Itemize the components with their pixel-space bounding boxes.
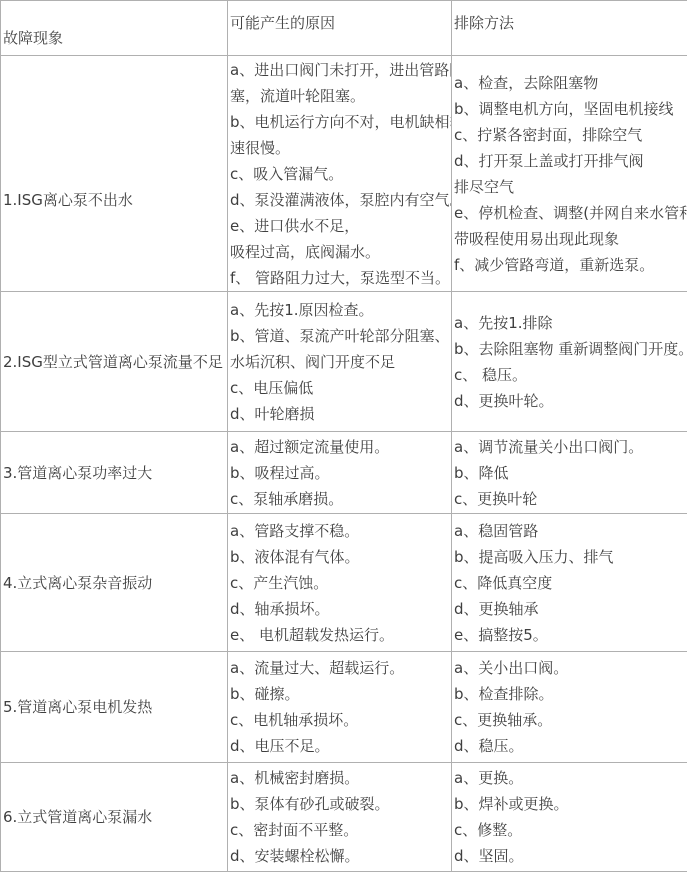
cause-line: c、电机轴承损坏。: [230, 707, 449, 733]
remedy-line: d、稳压。: [454, 733, 685, 759]
cause-line: d、叶轮磨损: [230, 401, 449, 427]
table-row: 5.管道离心泵电机发热a、流量过大、超载运行。b、碰擦。c、电机轴承损坏。d、电…: [1, 652, 687, 763]
fault-label: 5.管道离心泵电机发热: [3, 694, 225, 720]
fault-cell: 1.ISG离心泵不出水: [1, 56, 228, 292]
header-remedy: 排除方法: [452, 1, 687, 56]
remedy-line: e、停机检查、调整(并网自来水管和: [454, 200, 685, 226]
table-row: 1.ISG离心泵不出水a、进出口阀门未打开，进出管路阻塞，流道叶轮阻塞。b、电机…: [1, 56, 687, 292]
remedy-cell: a、先按1.排除b、去除阻塞物 重新调整阀门开度。c、 稳压。d、更换叶轮。: [452, 292, 687, 432]
remedy-line: b、提高吸入压力、排气: [454, 544, 685, 570]
table-row: 6.立式管道离心泵漏水a、机械密封磨损。b、泵体有砂孔或破裂。c、密封面不平整。…: [1, 763, 687, 872]
remedy-line: d、更换轴承: [454, 596, 685, 622]
fault-label: 3.管道离心泵功率过大: [3, 460, 225, 486]
cause-cell: a、机械密封磨损。b、泵体有砂孔或破裂。c、密封面不平整。d、安装螺栓松懈。: [228, 763, 452, 872]
cause-line: a、管路支撑不稳。: [230, 518, 449, 544]
cause-line: c、电压偏低: [230, 375, 449, 401]
remedy-line: b、检查排除。: [454, 681, 685, 707]
cause-line: e、进口供水不足，: [230, 213, 449, 239]
cause-cell: a、流量过大、超载运行。b、碰擦。c、电机轴承损坏。d、电压不足。: [228, 652, 452, 763]
remedy-line: a、关小出口阀。: [454, 655, 685, 681]
cause-line: c、产生汽蚀。: [230, 570, 449, 596]
cause-line: b、管道、泵流产叶轮部分阻塞、: [230, 323, 449, 349]
fault-cell: 5.管道离心泵电机发热: [1, 652, 228, 763]
table-row: 4.立式离心泵杂音振动a、管路支撑不稳。b、液体混有气体。c、产生汽蚀。d、轴承…: [1, 514, 687, 652]
cause-line: a、进出口阀门未打开，进出管路阻: [230, 57, 449, 83]
header-cause: 可能产生的原因: [228, 1, 452, 56]
table-header: 故障现象 可能产生的原因 排除方法: [1, 1, 687, 56]
remedy-line: b、去除阻塞物 重新调整阀门开度。: [454, 336, 685, 362]
remedy-line: b、调整电机方向，坚固电机接线: [454, 96, 685, 122]
cause-line: 水垢沉积、阀门开度不足: [230, 349, 449, 375]
remedy-line: f、减少管路弯道，重新选泵。: [454, 252, 685, 278]
cause-line: 吸程过高，底阀漏水。: [230, 239, 449, 265]
cause-line: c、吸入管漏气。: [230, 161, 449, 187]
cause-line: b、碰擦。: [230, 681, 449, 707]
cause-line: d、电压不足。: [230, 733, 449, 759]
remedy-line: c、修整。: [454, 817, 685, 843]
remedy-line: a、检查，去除阻塞物: [454, 70, 685, 96]
remedy-line: a、稳固管路: [454, 518, 685, 544]
cause-line: d、轴承损坏。: [230, 596, 449, 622]
remedy-line: d、坚固。: [454, 843, 685, 869]
header-row: 故障现象 可能产生的原因 排除方法: [1, 1, 687, 56]
remedy-line: 排尽空气: [454, 174, 685, 200]
fault-table: 故障现象 可能产生的原因 排除方法 1.ISG离心泵不出水a、进出口阀门未打开，…: [0, 0, 687, 872]
remedy-line: c、降低真空度: [454, 570, 685, 596]
remedy-line: c、更换叶轮: [454, 486, 685, 512]
cause-line: a、超过额定流量使用。: [230, 434, 449, 460]
cause-cell: a、超过额定流量使用。b、吸程过高。c、泵轴承磨损。: [228, 432, 452, 514]
cause-line: b、液体混有气体。: [230, 544, 449, 570]
cause-cell: a、管路支撑不稳。b、液体混有气体。c、产生汽蚀。d、轴承损坏。e、 电机超载发…: [228, 514, 452, 652]
cause-line: f、 管路阻力过大，泵选型不当。: [230, 265, 449, 291]
pump-troubleshooting-document: 故障现象 可能产生的原因 排除方法 1.ISG离心泵不出水a、进出口阀门未打开，…: [0, 0, 687, 872]
remedy-line: a、调节流量关小出口阀门。: [454, 434, 685, 460]
cause-line: a、机械密封磨损。: [230, 765, 449, 791]
cause-line: c、密封面不平整。: [230, 817, 449, 843]
remedy-line: a、先按1.排除: [454, 310, 685, 336]
cause-line: b、电机运行方向不对，电机缺相转: [230, 109, 449, 135]
table-row: 2.ISG型立式管道离心泵流量不足a、先按1.原因检查。b、管道、泵流产叶轮部分…: [1, 292, 687, 432]
fault-cell: 3.管道离心泵功率过大: [1, 432, 228, 514]
cause-line: d、泵没灌满液体，泵腔内有空气。: [230, 187, 449, 213]
remedy-cell: a、稳固管路b、提高吸入压力、排气c、降低真空度d、更换轴承e、搞整按5。: [452, 514, 687, 652]
fault-label: 1.ISG离心泵不出水: [3, 187, 225, 213]
fault-cell: 4.立式离心泵杂音振动: [1, 514, 228, 652]
header-fault: 故障现象: [1, 1, 228, 56]
fault-label: 4.立式离心泵杂音振动: [3, 570, 225, 596]
remedy-line: d、打开泵上盖或打开排气阀: [454, 148, 685, 174]
remedy-line: c、更换轴承。: [454, 707, 685, 733]
table-body: 1.ISG离心泵不出水a、进出口阀门未打开，进出管路阻塞，流道叶轮阻塞。b、电机…: [1, 56, 687, 872]
remedy-line: a、更换。: [454, 765, 685, 791]
remedy-line: e、搞整按5。: [454, 622, 685, 648]
remedy-cell: a、检查，去除阻塞物b、调整电机方向，坚固电机接线c、拧紧各密封面，排除空气d、…: [452, 56, 687, 292]
fault-cell: 2.ISG型立式管道离心泵流量不足: [1, 292, 228, 432]
cause-line: 速很慢。: [230, 135, 449, 161]
cause-cell: a、先按1.原因检查。b、管道、泵流产叶轮部分阻塞、水垢沉积、阀门开度不足c、电…: [228, 292, 452, 432]
fault-label: 2.ISG型立式管道离心泵流量不足: [3, 349, 225, 375]
table-row: 3.管道离心泵功率过大a、超过额定流量使用。b、吸程过高。c、泵轴承磨损。a、调…: [1, 432, 687, 514]
cause-line: a、流量过大、超载运行。: [230, 655, 449, 681]
cause-line: b、吸程过高。: [230, 460, 449, 486]
remedy-line: b、降低: [454, 460, 685, 486]
remedy-cell: a、关小出口阀。b、检查排除。c、更换轴承。d、稳压。: [452, 652, 687, 763]
cause-line: d、安装螺栓松懈。: [230, 843, 449, 869]
cause-line: e、 电机超载发热运行。: [230, 622, 449, 648]
remedy-line: c、 稳压。: [454, 362, 685, 388]
remedy-cell: a、更换。b、焊补或更换。c、修整。d、坚固。: [452, 763, 687, 872]
cause-line: c、泵轴承磨损。: [230, 486, 449, 512]
cause-line: b、泵体有砂孔或破裂。: [230, 791, 449, 817]
cause-cell: a、进出口阀门未打开，进出管路阻塞，流道叶轮阻塞。b、电机运行方向不对，电机缺相…: [228, 56, 452, 292]
remedy-cell: a、调节流量关小出口阀门。b、降低c、更换叶轮: [452, 432, 687, 514]
remedy-line: 带吸程使用易出现此现象: [454, 226, 685, 252]
remedy-line: b、焊补或更换。: [454, 791, 685, 817]
cause-line: a、先按1.原因检查。: [230, 297, 449, 323]
remedy-line: d、更换叶轮。: [454, 388, 685, 414]
remedy-line: c、拧紧各密封面，排除空气: [454, 122, 685, 148]
cause-line: 塞，流道叶轮阻塞。: [230, 83, 449, 109]
fault-cell: 6.立式管道离心泵漏水: [1, 763, 228, 872]
fault-label: 6.立式管道离心泵漏水: [3, 804, 225, 830]
